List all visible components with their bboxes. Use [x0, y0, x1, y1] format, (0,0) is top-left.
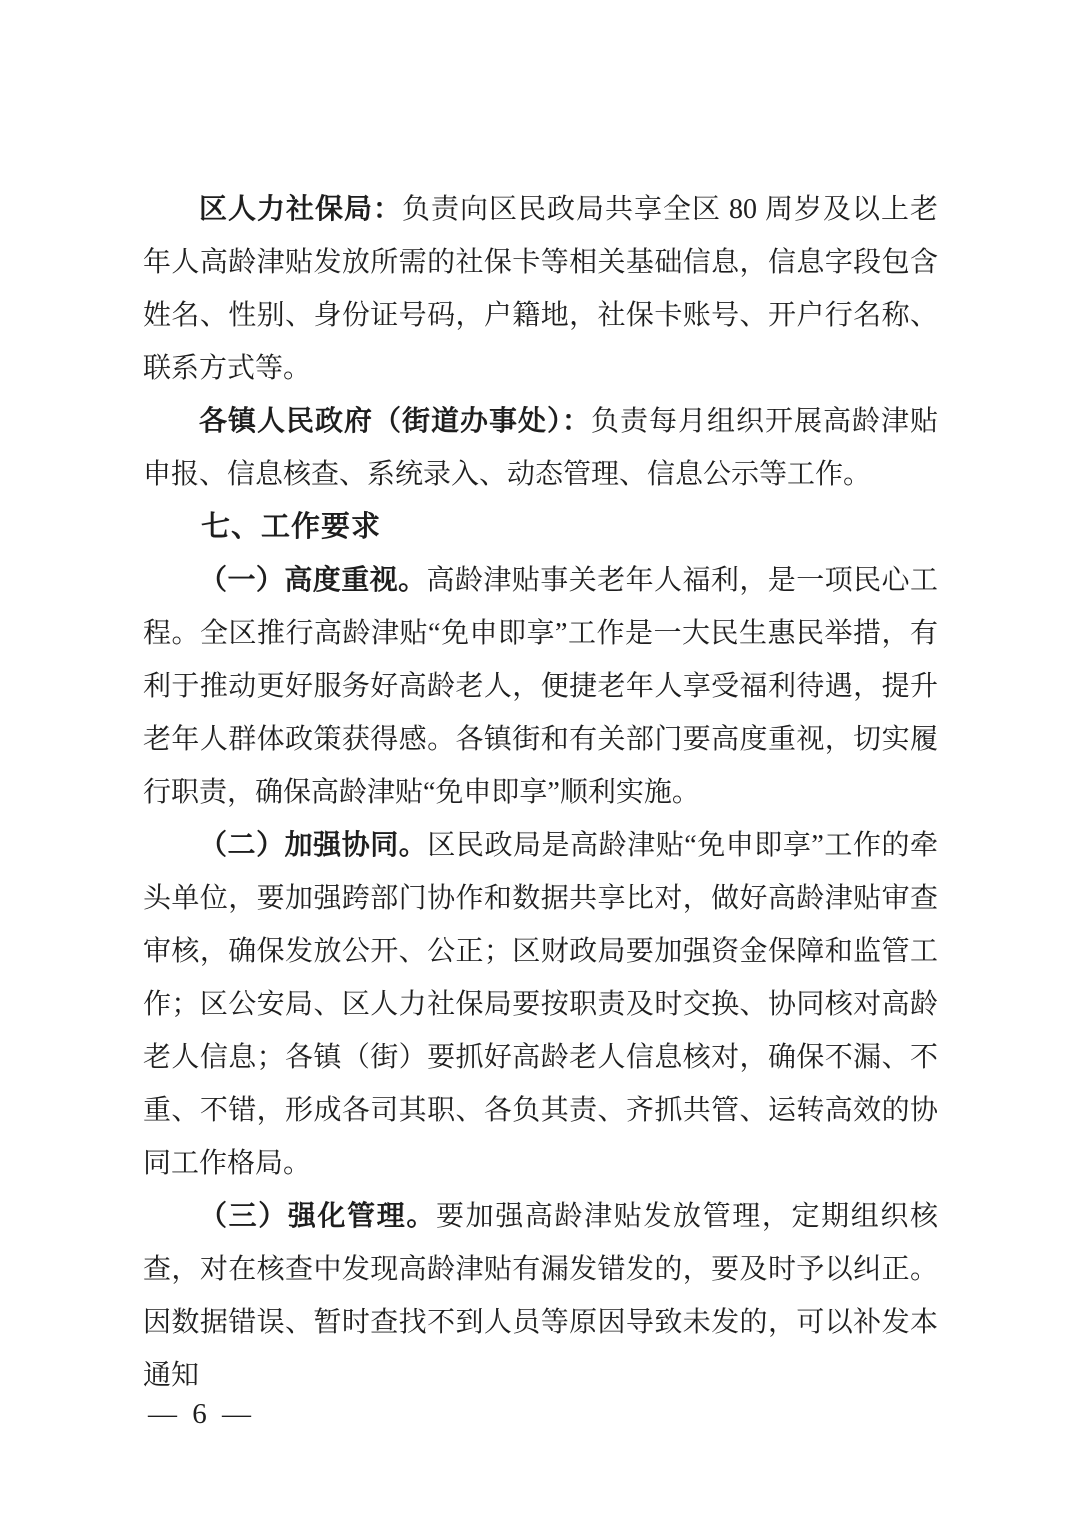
paragraph-text: 区民政局是高龄津贴“免申即享”工作的牵头单位，要加强跨部门协作和数据共享比对，做… — [143, 830, 938, 1179]
page-number: — 6 — — [148, 1394, 255, 1434]
paragraph-text: 高龄津贴事关老年人福利，是一项民心工程。全区推行高龄津贴“免申即享”工作是一大民… — [143, 565, 938, 808]
paragraph-renshe-duty: 区人力社保局：负责向区民政局共享全区 80 周岁及以上老年人高龄津贴发放所需的社… — [143, 183, 938, 395]
paragraph-lead: （三）强化管理。 — [199, 1201, 436, 1232]
paragraph-town-duty: 各镇人民政府（街道办事处）：负责每月组织开展高龄津贴申报、信息核查、系统录入、动… — [143, 395, 938, 501]
paragraph-lead: （二）加强协同。 — [199, 830, 427, 861]
section-heading-work-requirements: 七、工作要求 — [143, 501, 938, 554]
paragraph-lead: （一）高度重视。 — [199, 565, 427, 596]
document-page: 区人力社保局：负责向区民政局共享全区 80 周岁及以上老年人高龄津贴发放所需的社… — [0, 0, 1074, 1520]
paragraph-item-1: （一）高度重视。高龄津贴事关老年人福利，是一项民心工程。全区推行高龄津贴“免申即… — [143, 554, 938, 819]
paragraph-item-3: （三）强化管理。要加强高龄津贴发放管理，定期组织核查，对在核查中发现高龄津贴有漏… — [143, 1190, 938, 1402]
paragraph-lead: 各镇人民政府（街道办事处）： — [199, 406, 591, 437]
body-text: 区人力社保局：负责向区民政局共享全区 80 周岁及以上老年人高龄津贴发放所需的社… — [143, 183, 938, 1402]
paragraph-item-2: （二）加强协同。区民政局是高龄津贴“免申即享”工作的牵头单位，要加强跨部门协作和… — [143, 819, 938, 1190]
paragraph-lead: 区人力社保局： — [199, 194, 402, 225]
